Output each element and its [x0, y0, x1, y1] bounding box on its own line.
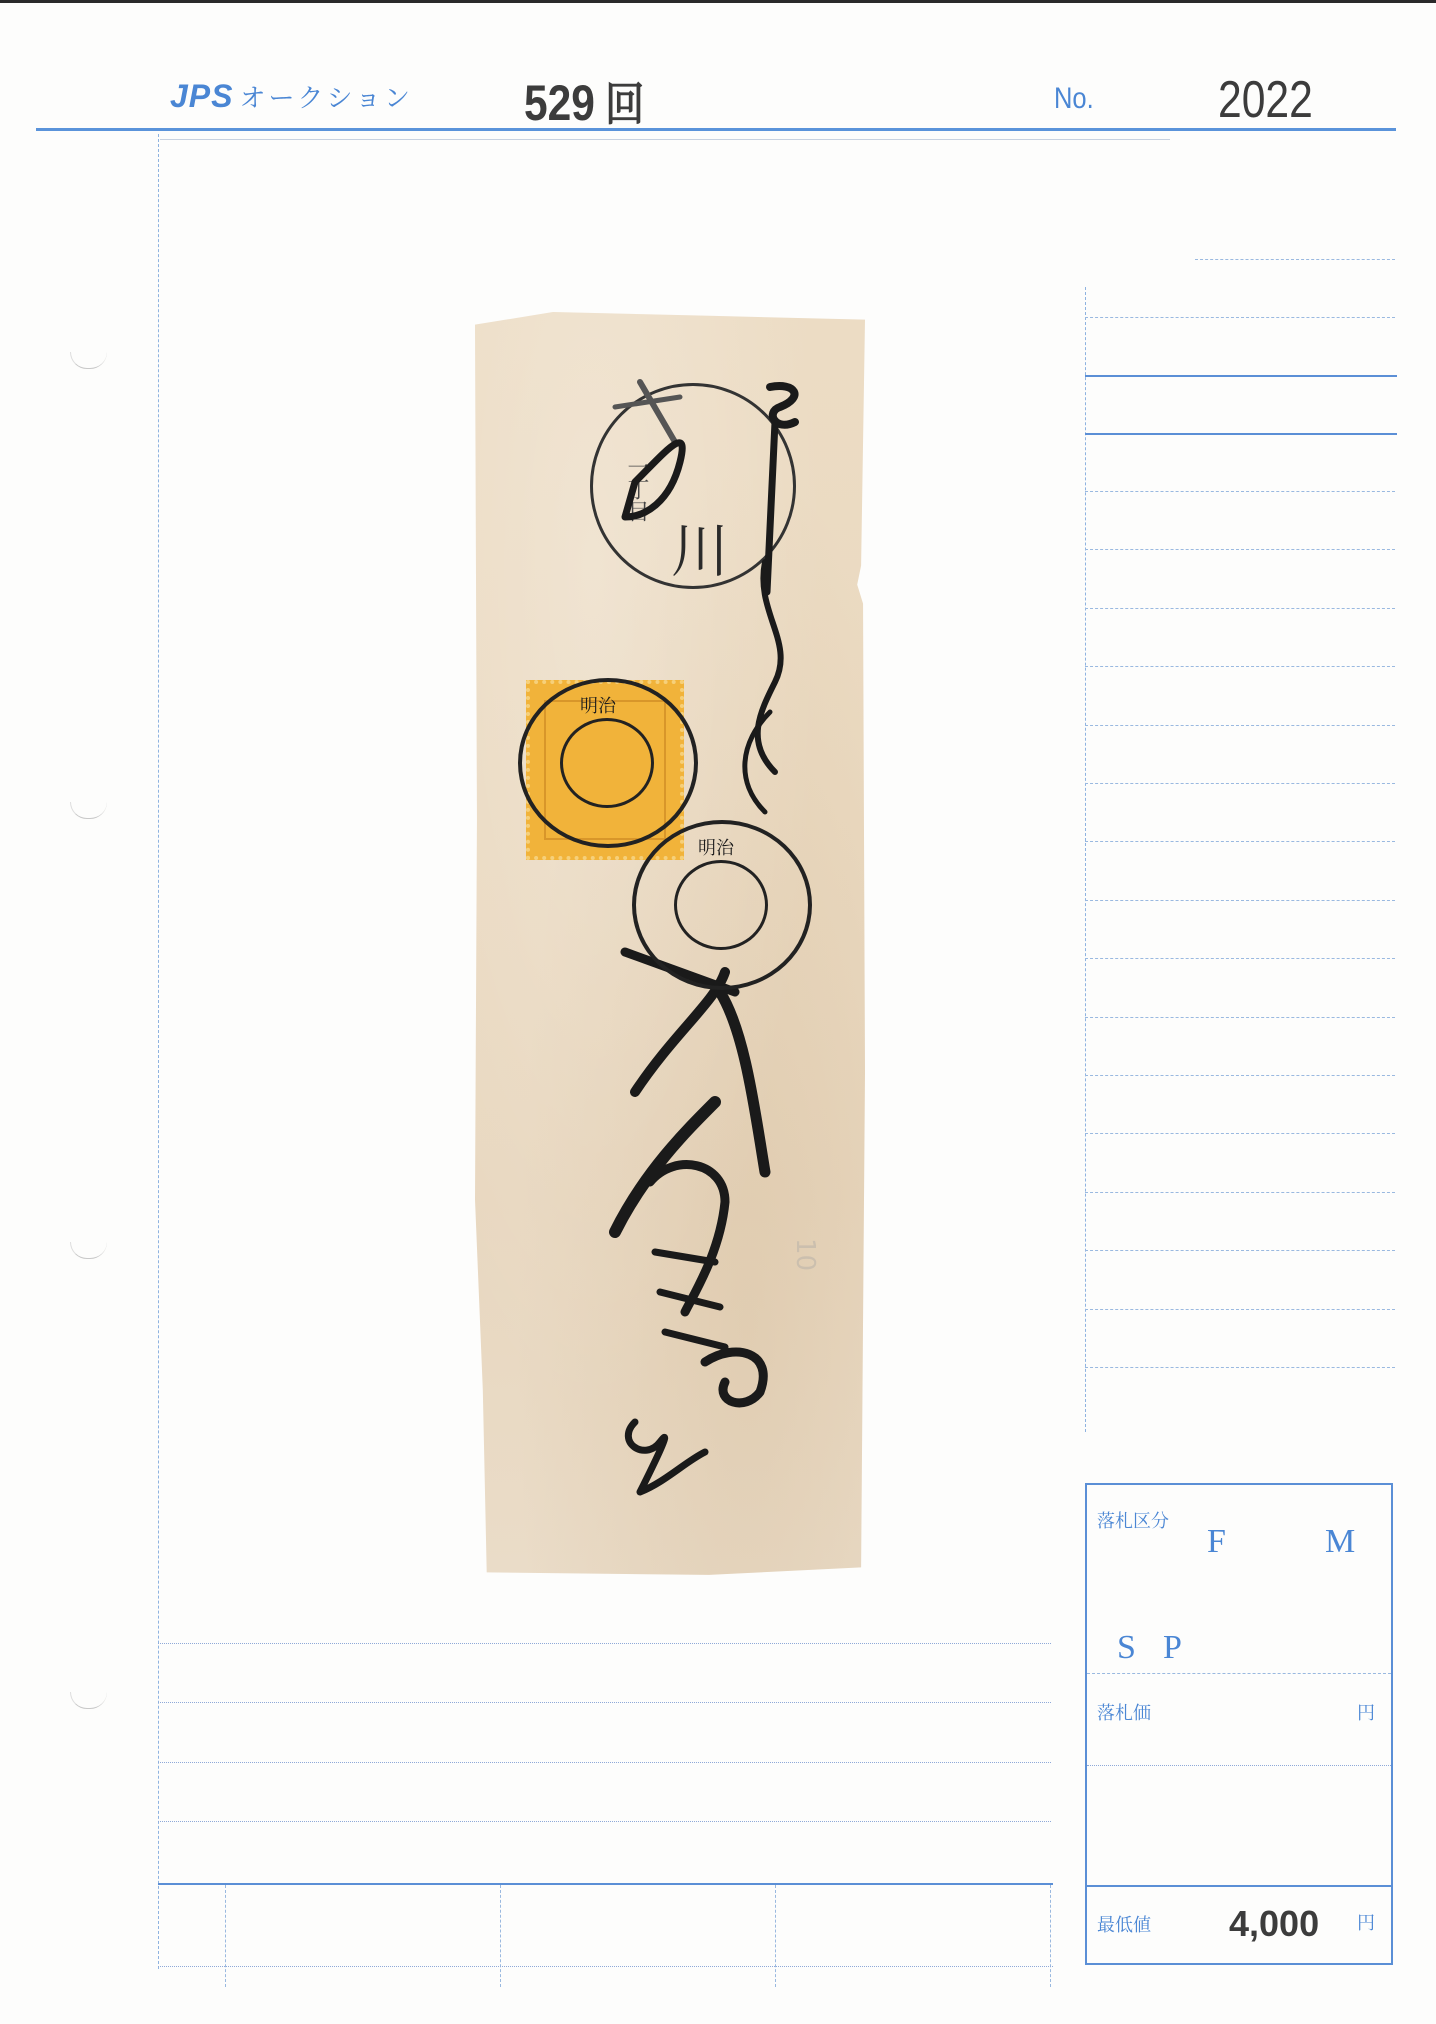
- notes-line: [1085, 1017, 1395, 1018]
- minimum-price-value: 4,000: [1229, 1903, 1319, 1945]
- brand-prefix: JPS: [170, 78, 233, 114]
- notes-line: [1085, 725, 1395, 726]
- notes-line: [1085, 375, 1397, 377]
- postmark-inner-ring: [674, 860, 768, 950]
- notes-line: [1085, 317, 1395, 318]
- minimum-price-label: 最低値: [1097, 1911, 1151, 1937]
- notes-line: [1085, 1309, 1395, 1310]
- notes-line: [1085, 491, 1395, 492]
- scan-top-edge: [0, 0, 1436, 3]
- bid-box: 落札区分 F M S P 落札価 円 最低値 4,000 円: [1085, 1483, 1393, 1965]
- category-label: 落札区分: [1097, 1507, 1169, 1533]
- postmark-era: 明治: [698, 834, 734, 860]
- postmark-inner-ring: [560, 718, 654, 808]
- notes-line: [1085, 1192, 1395, 1193]
- notes-line: [1195, 259, 1395, 260]
- postmark-era: 明治: [580, 692, 616, 718]
- header-subrule: [160, 139, 1170, 140]
- session-suffix: 回: [605, 78, 644, 130]
- category-option-m[interactable]: M: [1325, 1523, 1355, 1561]
- notes-line: [158, 1702, 1051, 1703]
- winning-price-unit: 円: [1357, 1699, 1375, 1725]
- notes-line: [1085, 608, 1395, 609]
- category-option-p[interactable]: P: [1163, 1629, 1182, 1667]
- postmark-circle: 明治: [632, 820, 812, 990]
- notes-line: [158, 1821, 1051, 1822]
- brand-title: JPSオークション: [170, 78, 413, 115]
- category-option-s[interactable]: S: [1117, 1629, 1136, 1667]
- notes-line: [1085, 1367, 1395, 1368]
- notes-line: [1085, 958, 1395, 959]
- left-margin-line: [158, 134, 159, 1969]
- table-cell[interactable]: [502, 1885, 776, 1987]
- header-rule: [36, 128, 1396, 131]
- notes-line: [1085, 783, 1395, 784]
- lot-number-label: No.: [1054, 82, 1094, 116]
- notes-line: [1085, 841, 1395, 842]
- winning-price-label: 落札価: [1097, 1699, 1151, 1725]
- table-cell[interactable]: [158, 1885, 226, 1987]
- bid-box-divider: [1087, 1673, 1391, 1674]
- pencil-note: 10: [790, 1238, 820, 1271]
- notes-line: [1085, 433, 1397, 435]
- minimum-price-unit: 円: [1357, 1909, 1375, 1935]
- binder-hole: [70, 1692, 107, 1709]
- notes-column-margin: [1085, 287, 1086, 1432]
- auction-session: 529回: [524, 68, 644, 134]
- notes-line: [158, 1643, 1051, 1644]
- binder-hole: [70, 1242, 107, 1259]
- winning-price-field[interactable]: [1167, 1695, 1337, 1719]
- notes-line: [1085, 1133, 1395, 1134]
- bid-box-divider: [1087, 1885, 1391, 1887]
- notes-line: [1085, 1075, 1395, 1076]
- bid-box-divider: [1087, 1765, 1391, 1766]
- table-cell[interactable]: [227, 1885, 501, 1987]
- notes-line: [1085, 549, 1395, 550]
- notes-line: [1085, 1250, 1395, 1251]
- notes-line: [1085, 666, 1395, 667]
- notes-line: [158, 1762, 1051, 1763]
- binder-hole: [70, 802, 107, 819]
- table-cell[interactable]: [777, 1885, 1051, 1987]
- binder-hole: [70, 352, 107, 369]
- postmark-on-stamp: 明治: [518, 678, 698, 848]
- category-option-f[interactable]: F: [1207, 1523, 1226, 1561]
- brand-suffix: オークション: [239, 84, 412, 114]
- table-bottom-rule: [158, 1966, 1053, 1967]
- notes-line: [1085, 900, 1395, 901]
- session-number: 529: [524, 75, 595, 131]
- lot-number: 2022: [1218, 70, 1313, 130]
